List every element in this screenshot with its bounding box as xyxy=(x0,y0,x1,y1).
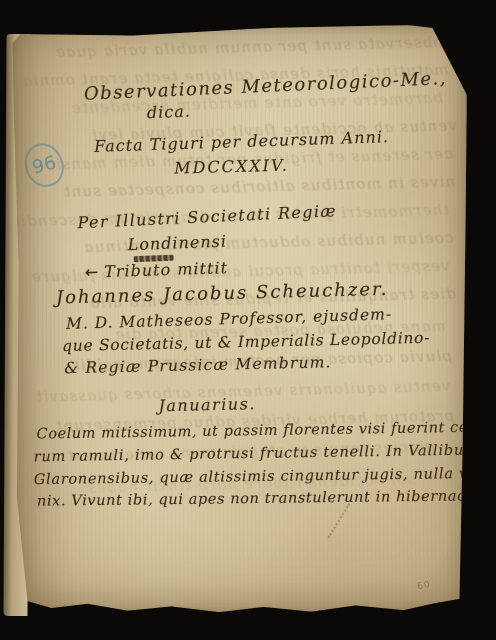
month-heading: Januarius. xyxy=(158,394,256,415)
manuscript-page: observata sunt per annum nubila varia qu… xyxy=(12,25,469,613)
title-line-2: dica. xyxy=(147,102,192,123)
dedication-city-line: Londinensi xyxy=(127,232,227,255)
dedication-tribute-text: Tributo mittit xyxy=(104,258,228,281)
photograph-background: observata sunt per annum nubila varia qu… xyxy=(0,0,496,640)
title-roman-year: MDCCXXIV. xyxy=(174,156,289,178)
left-arrow-ink-mark: ← xyxy=(84,262,96,281)
